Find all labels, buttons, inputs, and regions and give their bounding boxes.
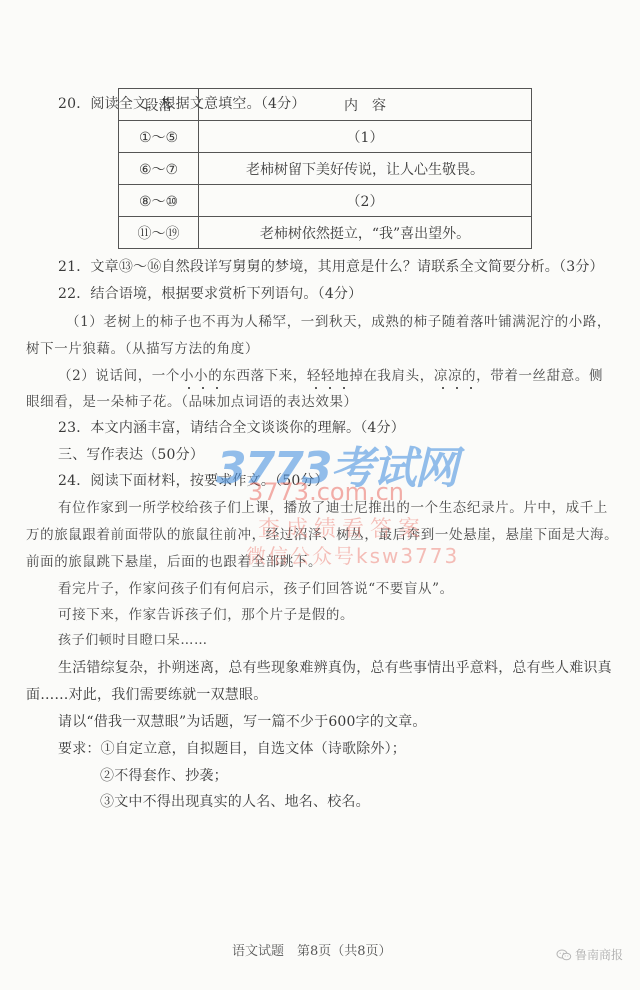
dotted-word-3: 凉凉的 xyxy=(434,366,476,386)
page-footer: 语文试题 第8页（共8页） xyxy=(232,940,392,959)
q22-item2-mid1: 东西落下来， xyxy=(222,368,307,384)
content-cell: 老柿树依然挺立，“我”喜出望外。 xyxy=(199,217,532,249)
brand-name: 鲁南商报 xyxy=(575,946,623,963)
q22-item2-line1: （2）说话间，一个小小的东西落下来，轻轻地掉在我肩头，凉凉的，带着一丝甜意。侧 xyxy=(58,366,603,386)
content-cell: 老柿树留下美好传说，让人心生敬畏。 xyxy=(199,153,532,185)
header-paragraphs: 段落 xyxy=(119,89,199,121)
q22-item1-line1: （1）老树上的柿子也不再为人稀罕，一到秋天，成熟的柿子随着落叶铺满泥泞的小路， xyxy=(66,312,611,332)
question-24-prompt: 24．阅读下面材料，按要求作文。（50分） xyxy=(58,471,329,491)
table-row: ⑧～⑩ （2） xyxy=(119,185,532,217)
q22-item2-prefix: （2）说话间，一个 xyxy=(58,368,180,384)
table-row: ①～⑤ （1） xyxy=(119,121,532,153)
material-line: 可接下来，作家告诉孩子们，那个片子是假的。 xyxy=(58,605,354,625)
material-line: 有位作家到一所学校给孩子们上课，播放了迪士尼推出的一个生态纪录片。片中，成千上 xyxy=(58,498,608,518)
header-content: 内 容 xyxy=(199,89,532,121)
requirement-2: ②不得套作、抄袭； xyxy=(100,766,228,786)
reflection-line2: 面……对此，我们需要练就一双慧眼。 xyxy=(26,685,267,705)
content-blank-2: （2） xyxy=(199,185,532,217)
material-line: 前面的旅鼠跳下悬崖，后面的也跟着全部跳下。 xyxy=(26,552,322,572)
q22-item1-line2: 树下一片狼藉。（从描写方法的角度） xyxy=(26,339,259,359)
dotted-word-2: 轻轻地 xyxy=(307,366,349,386)
q22-item2-mid2: 掉在我肩头， xyxy=(349,368,434,384)
exam-page: 20．阅读全文，根据文意填空。（4分） 段落 内 容 ①～⑤ （1） ⑥～⑦ 老… xyxy=(0,0,640,990)
section-3-title: 三、写作表达（50分） xyxy=(58,445,204,465)
material-line: 孩子们顿时目瞪口呆…… xyxy=(58,631,208,651)
paragraph-range: ①～⑤ xyxy=(119,121,199,153)
requirements-label: 要求： xyxy=(58,741,101,757)
question-22-prompt: 22．结合语境，根据要求赏析下列语句。（4分） xyxy=(58,284,362,304)
paragraph-range: ⑥～⑦ xyxy=(119,153,199,185)
table-row: ⑥～⑦ 老柿树留下美好传说，让人心生敬畏。 xyxy=(119,153,532,185)
q22-item2-line2: 眼细看，是一朵柿子花。（品味加点词语的表达效果） xyxy=(26,392,358,412)
q22-item2-suffix: ，带着一丝甜意。侧 xyxy=(476,368,603,384)
reflection-line1: 生活错综复杂，扑朔迷离，总有些现象难辨真伪，总有些事情出乎意料，总有些人难识真 xyxy=(58,658,612,678)
requirement-3: ③文中不得出现真实的人名、地名、校名。 xyxy=(100,792,370,812)
paragraph-range: ⑧～⑩ xyxy=(119,185,199,217)
fill-in-table: 段落 内 容 ①～⑤ （1） ⑥～⑦ 老柿树留下美好传说，让人心生敬畏。 ⑧～⑩… xyxy=(118,88,532,249)
table-row: ⑪～⑲ 老柿树依然挺立，“我”喜出望外。 xyxy=(119,217,532,249)
content-blank-1: （1） xyxy=(199,121,532,153)
writing-task: 请以“借我一双慧眼”为话题，写一篇不少于600字的文章。 xyxy=(58,712,427,732)
table-header-row: 段落 内 容 xyxy=(119,89,532,121)
material-line: 看完片子，作家问孩子们有何启示，孩子们回答说“不要盲从”。 xyxy=(58,579,454,599)
question-23-prompt: 23．本文内涵丰富，请结合全文谈谈你的理解。（4分） xyxy=(58,418,405,438)
requirement-1: 要求：①自定立意，自拟题目，自选文体（诗歌除外）； xyxy=(58,739,406,759)
material-line: 万的旅鼠跟着前面带队的旅鼠往前冲，经过沼泽、树丛，最后奔到一处悬崖，悬崖下面是大… xyxy=(26,525,618,545)
paragraph-range: ⑪～⑲ xyxy=(119,217,199,249)
wechat-icon xyxy=(556,949,572,961)
question-21-prompt: 21．文章⑬～⑯自然段详写舅舅的梦境，其用意是什么？请联系全文简要分析。（3分） xyxy=(58,257,604,277)
requirement-text: ①自定立意，自拟题目，自选文体（诗歌除外）； xyxy=(101,741,406,757)
dotted-word-1: 小小的 xyxy=(180,366,222,386)
brand-mark: 鲁南商报 xyxy=(556,946,623,963)
